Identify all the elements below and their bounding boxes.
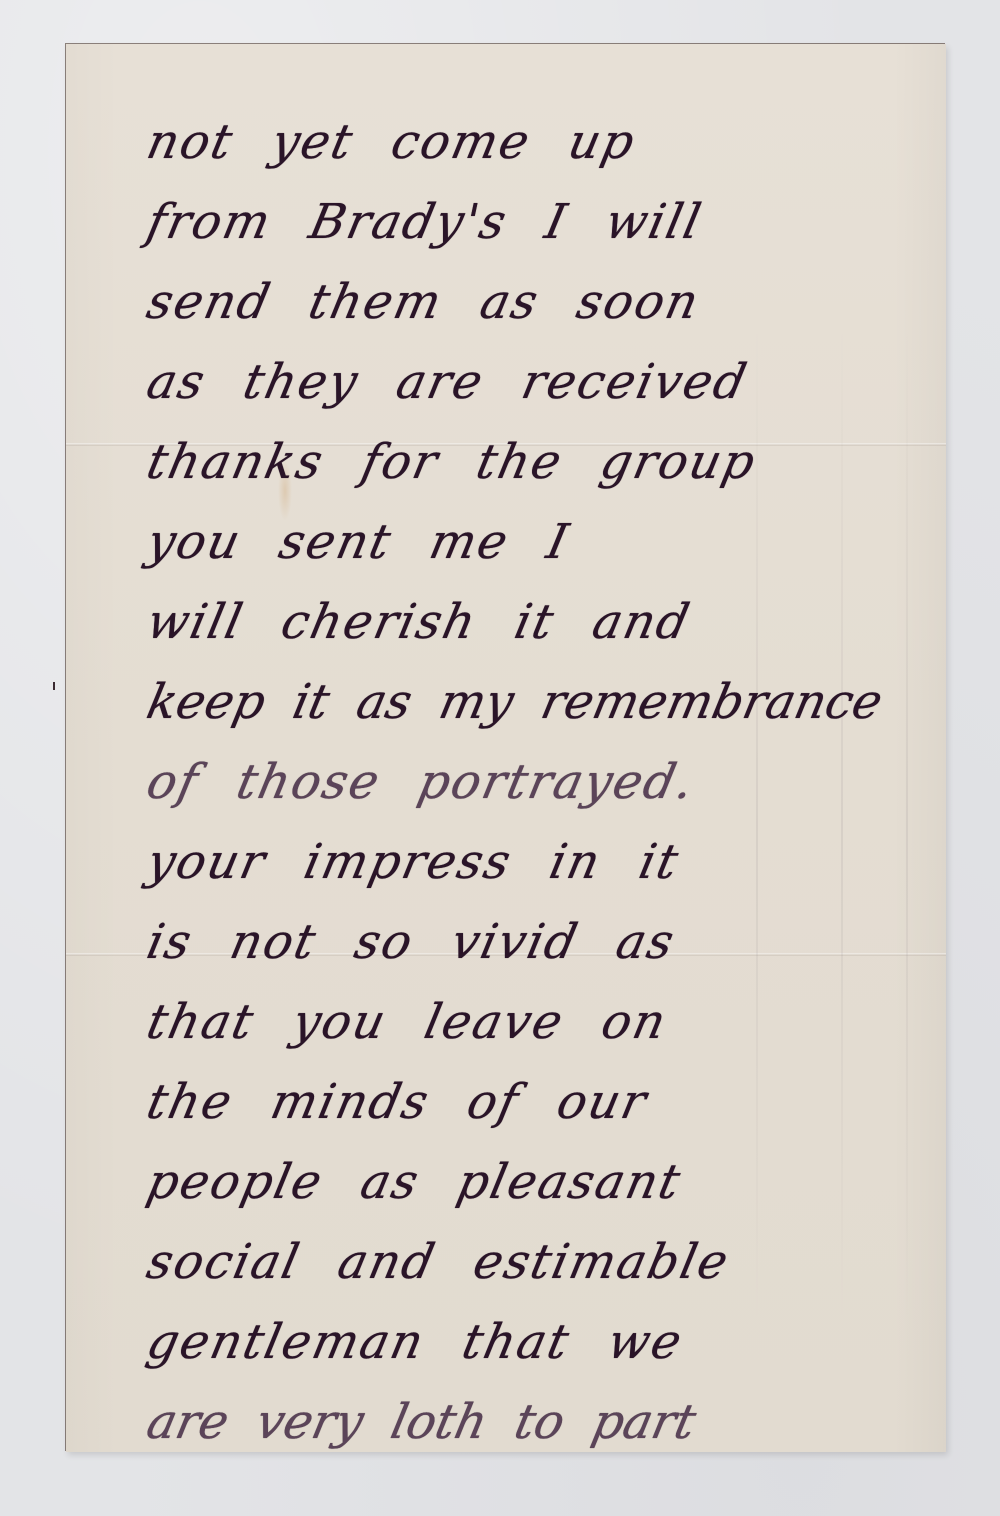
handwritten-line: the minds of our [139,1062,946,1142]
handwritten-line: you sent me I [139,502,946,582]
handwritten-line: thanks for the group [139,422,946,502]
handwritten-line: of those portrayed. [139,742,946,822]
handwritten-line: as they are received [139,342,946,422]
handwritten-line: social and estimable [139,1222,946,1302]
handwritten-line: are very loth to part [139,1382,946,1462]
handwritten-text: not yet come up from Brady's I will send… [148,102,938,1462]
handwritten-line: is not so vivid as [139,902,946,982]
handwritten-line: not yet come up [139,102,946,182]
handwritten-line: will cherish it and [139,582,946,662]
handwritten-line: that you leave on [139,982,946,1062]
handwritten-line: keep it as my remembrance [139,662,946,742]
margin-mark [53,682,55,690]
letter-page: not yet come up from Brady's I will send… [66,44,946,1452]
handwritten-line: send them as soon [139,262,946,342]
handwritten-line: gentleman that we [139,1302,946,1382]
handwritten-line: from Brady's I will [139,182,946,262]
handwritten-line: your impress in it [139,822,946,902]
handwritten-line: people as pleasant [139,1142,946,1222]
